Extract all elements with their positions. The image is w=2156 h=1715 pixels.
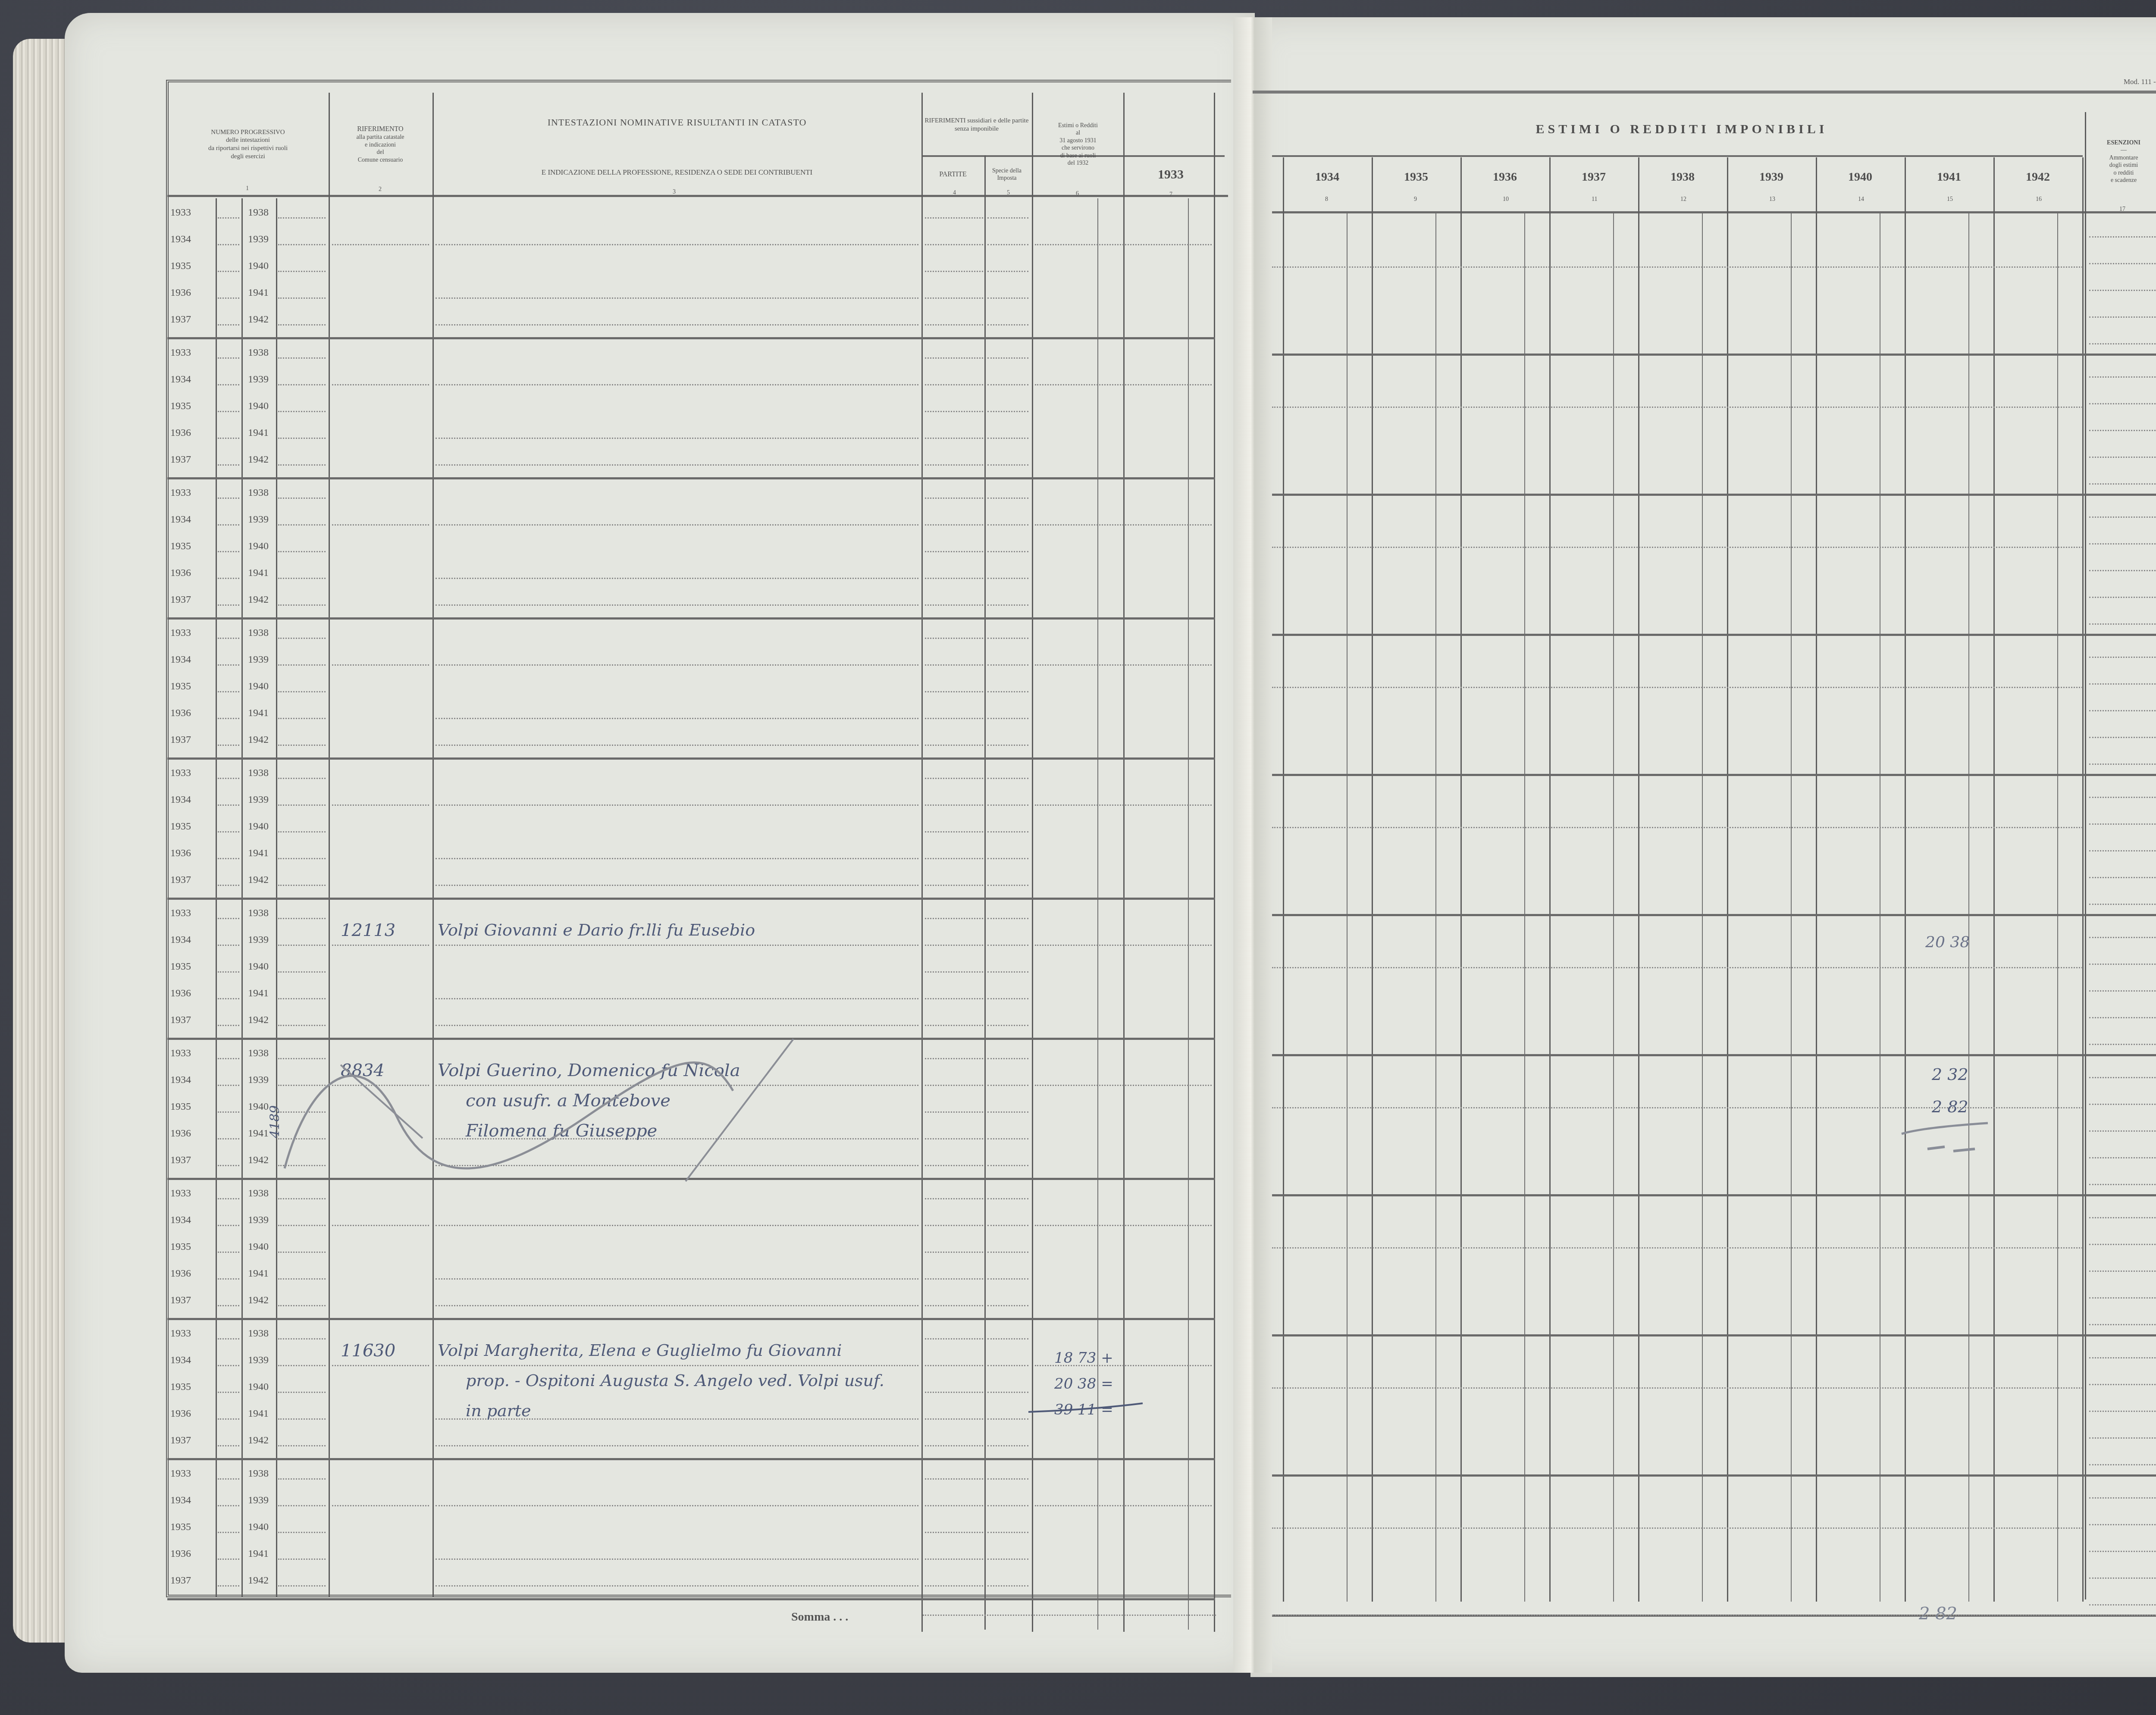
right-block-rule xyxy=(1272,1054,2156,1056)
year-left: 1936 xyxy=(170,1128,191,1139)
specie-fill-line xyxy=(987,1025,1028,1026)
partite-fill-line xyxy=(925,297,983,299)
esenzioni-fill-line xyxy=(2089,1157,2156,1158)
header-col-6-line-5: di base ai ruoli xyxy=(1060,152,1096,160)
year-fill-line xyxy=(278,831,326,832)
year-fill-line xyxy=(218,551,239,552)
partite-fill-line xyxy=(925,918,983,919)
intestazione-line xyxy=(436,438,918,439)
year-fill-line xyxy=(218,718,239,719)
partite-fill-line xyxy=(925,464,983,466)
year-column-num: 12 xyxy=(1680,196,1686,203)
year-fill-line xyxy=(278,971,326,973)
year-fill-line xyxy=(278,384,326,385)
year-fill-line xyxy=(278,1505,326,1506)
year-fill-line xyxy=(218,1305,239,1306)
right-block-rule xyxy=(1272,1194,2156,1196)
partite-fill-line xyxy=(925,1365,983,1366)
partite-fill-line xyxy=(925,1111,983,1113)
specie-fill-line xyxy=(987,524,1028,526)
riferimento-line xyxy=(332,244,429,245)
year-column-header: 1937 xyxy=(1549,164,1638,190)
year-left: 1934 xyxy=(170,794,191,806)
estimi-line xyxy=(1035,244,1212,245)
specie-fill-line xyxy=(987,324,1028,325)
col-divider-2 xyxy=(432,93,434,1597)
year-column-header: 1939 xyxy=(1727,164,1816,190)
year-fill-line xyxy=(218,498,239,499)
header-col-6: Estimi o Redditi al 31 agosto 1931 che s… xyxy=(1033,99,1123,190)
year-left: 1933 xyxy=(170,908,191,919)
esenzioni-fill-line xyxy=(2089,543,2156,545)
year-fill-line xyxy=(278,524,326,526)
year-left: 1937 xyxy=(170,594,191,606)
year-column-divider xyxy=(1283,157,1284,1602)
esenzioni-fill-line xyxy=(2089,570,2156,571)
partite-fill-line xyxy=(925,244,983,245)
specie-fill-line xyxy=(987,885,1028,886)
intestazione-line xyxy=(436,1445,918,1446)
specie-fill-line xyxy=(987,1198,1028,1199)
year-left: 1934 xyxy=(170,654,191,666)
header-riferimenti-group: RIFERIMENTI sussidiari e delle partite s… xyxy=(923,97,1031,153)
partite-fill-line xyxy=(925,971,983,973)
year-right: 1941 xyxy=(248,1128,269,1139)
partite-fill-line xyxy=(925,998,983,999)
year-left: 1934 xyxy=(170,1495,191,1506)
year-right: 1939 xyxy=(248,794,269,806)
partita-number: 12113 xyxy=(341,920,395,940)
block-rule xyxy=(167,337,1215,339)
specie-fill-line xyxy=(987,438,1028,439)
year-right: 1942 xyxy=(248,594,269,606)
partite-fill-line xyxy=(925,357,983,359)
year-right: 1938 xyxy=(248,1328,269,1339)
year-fill-line xyxy=(278,411,326,412)
year-fill-line xyxy=(218,831,239,832)
year-fill-line xyxy=(278,664,326,666)
year-right: 1942 xyxy=(248,454,269,466)
esenzioni-fill-line xyxy=(2089,483,2156,485)
year-fill-line xyxy=(278,1445,326,1446)
esenzioni-fill-line xyxy=(2089,1464,2156,1465)
year-fill-line xyxy=(218,1252,239,1253)
year-fill-line xyxy=(278,464,326,466)
esenzioni-fill-line xyxy=(2089,1271,2156,1272)
specie-fill-line xyxy=(987,1418,1028,1420)
specie-fill-line xyxy=(987,1058,1028,1059)
year-fill-line xyxy=(218,638,239,639)
header-col-2-line-4: del xyxy=(376,149,384,156)
block-rule xyxy=(167,1458,1215,1460)
partite-fill-line xyxy=(925,1392,983,1393)
specie-fill-line xyxy=(987,384,1028,385)
year-right: 1940 xyxy=(248,1381,269,1393)
header-col-3-num: 3 xyxy=(673,189,676,196)
col-divider-3 xyxy=(921,93,923,1632)
intestazione-line xyxy=(436,297,918,299)
year-right: 1940 xyxy=(248,681,269,692)
specie-fill-line xyxy=(987,1392,1028,1393)
esenzioni-fill-line xyxy=(2089,457,2156,458)
year-column-header: 1935 xyxy=(1372,164,1460,190)
somma-line-right xyxy=(1272,1615,2156,1616)
year-fill-line xyxy=(218,384,239,385)
esenzioni-fill-line xyxy=(2089,1217,2156,1218)
esenzioni-fill-line xyxy=(2089,1130,2156,1132)
header-col-6-line-6: del 1932 xyxy=(1068,160,1089,167)
year-column-subdivider xyxy=(1524,213,1525,1602)
year-left: 1933 xyxy=(170,1468,191,1480)
year-fill-line xyxy=(218,1058,239,1059)
partite-fill-line xyxy=(925,1559,983,1560)
year-column-num: 14 xyxy=(1858,196,1864,203)
intestazione-line xyxy=(436,1305,918,1306)
intestazione-line xyxy=(436,244,918,245)
year-left: 1937 xyxy=(170,1435,191,1446)
year-column-divider xyxy=(1549,157,1551,1602)
year-fill-line xyxy=(278,1418,326,1420)
year-right: 1939 xyxy=(248,234,269,245)
specie-fill-line xyxy=(987,1225,1028,1226)
pencil-total-stroke xyxy=(1897,1121,2027,1173)
year-left: 1935 xyxy=(170,681,191,692)
riferimento-line xyxy=(332,384,429,385)
header-col-2-line-5: Comune censuario xyxy=(358,156,403,164)
specie-fill-line xyxy=(987,1085,1028,1086)
partite-fill-line xyxy=(925,1445,983,1446)
year-left: 1935 xyxy=(170,821,191,832)
year-left: 1936 xyxy=(170,988,191,999)
esenzioni-fill-line xyxy=(2089,1044,2156,1045)
year-fill-line xyxy=(218,604,239,606)
estimi-line xyxy=(1035,945,1212,946)
esenzioni-fill-line xyxy=(2089,1104,2156,1105)
riferimento-line xyxy=(332,945,429,946)
year-fill-line xyxy=(218,1025,239,1026)
year-fill-line xyxy=(278,438,326,439)
book-gutter xyxy=(1233,17,1272,1673)
esenzioni-fill-line xyxy=(2089,657,2156,658)
header-col-5-num: 5 xyxy=(1007,190,1010,197)
year-column-subdivider xyxy=(1347,213,1347,1602)
year-right: 1940 xyxy=(248,961,269,973)
year-right: 1938 xyxy=(248,347,269,359)
right-header-rule xyxy=(1272,211,2156,213)
riferimento-line xyxy=(332,664,429,666)
somma-line-left xyxy=(923,1615,1216,1616)
year-fill-line xyxy=(218,1445,239,1446)
partite-fill-line xyxy=(925,858,983,859)
year-fill-line xyxy=(218,1198,239,1199)
year-fill-line xyxy=(278,945,326,946)
year-left: 1933 xyxy=(170,767,191,779)
right-fill-line xyxy=(1272,547,2083,548)
year-fill-line xyxy=(278,858,326,859)
partite-fill-line xyxy=(925,438,983,439)
esenzioni-fill-line xyxy=(2089,877,2156,878)
esenzioni-line-6: e scadenze xyxy=(2111,177,2137,185)
esenzioni-fill-line xyxy=(2089,623,2156,625)
esenzioni-fill-line xyxy=(2089,1577,2156,1579)
year-left: 1933 xyxy=(170,627,191,639)
somma-label: Somma . . . xyxy=(791,1610,848,1624)
year-right: 1938 xyxy=(248,627,269,639)
year-fill-line xyxy=(218,778,239,779)
specie-fill-line xyxy=(987,578,1028,579)
year-column-subdivider xyxy=(2057,213,2058,1602)
header-col-6-num: 6 xyxy=(1076,191,1079,197)
year-fill-line xyxy=(218,858,239,859)
right-block-rule xyxy=(1272,634,2156,636)
right-block-rule xyxy=(1272,914,2156,916)
left-header-rule xyxy=(167,195,1228,197)
intestazione-text: prop. - Ospitoni Augusta S. Angelo ved. … xyxy=(466,1371,884,1390)
estimi-line xyxy=(1035,384,1212,385)
intestazione-line xyxy=(436,998,918,999)
year-fill-line xyxy=(278,217,326,219)
entry-1941-block7-a: 2 32 xyxy=(1932,1065,1968,1084)
year-left: 1935 xyxy=(170,961,191,973)
year-left: 1937 xyxy=(170,1575,191,1587)
header-col-6-line-1: Estimi o Redditi xyxy=(1058,122,1098,130)
year-left: 1933 xyxy=(170,487,191,499)
riferimento-line xyxy=(332,524,429,526)
esenzioni-fill-line xyxy=(2089,823,2156,825)
year-right: 1939 xyxy=(248,1074,269,1086)
block-rule xyxy=(167,617,1215,620)
year-fill-line xyxy=(278,324,326,325)
esenzioni-fill-line xyxy=(2089,1184,2156,1185)
partite-fill-line xyxy=(925,1305,983,1306)
left-page-edges xyxy=(13,39,73,1643)
right-page-title: ESTIMI O REDDITI IMPONIBILI xyxy=(1294,116,2070,142)
col-divider-1 xyxy=(329,93,330,1597)
partite-fill-line xyxy=(925,1225,983,1226)
year-left: 1936 xyxy=(170,1408,191,1420)
year-fill-line xyxy=(218,1165,239,1166)
year-left: 1936 xyxy=(170,1548,191,1560)
estimi-line xyxy=(1035,804,1212,806)
year-left: 1935 xyxy=(170,260,191,272)
year-right: 1941 xyxy=(248,567,269,579)
partite-fill-line xyxy=(925,498,983,499)
specie-fill-line xyxy=(987,1138,1028,1139)
year-fill-line xyxy=(218,1478,239,1480)
intestazione-line xyxy=(436,1278,918,1280)
right-block-rule xyxy=(1272,774,2156,776)
specie-fill-line xyxy=(987,498,1028,499)
esenzioni-fill-line xyxy=(2089,1437,2156,1439)
ledger-book: NUMERO PROGRESSIVO delle intestazioni da… xyxy=(0,0,2156,1715)
year-fill-line xyxy=(218,1138,239,1139)
year-right: 1939 xyxy=(248,654,269,666)
esenzioni-line-2: — xyxy=(2121,147,2127,154)
partita-number: 11630 xyxy=(341,1341,395,1361)
year-right: 1938 xyxy=(248,487,269,499)
riferimento-line xyxy=(332,1225,429,1226)
right-top-rule xyxy=(1253,91,2156,94)
estimi-1932-value: 20 38 = xyxy=(1054,1375,1113,1393)
year-right: 1939 xyxy=(248,514,269,526)
header-col-2-line-3: e indicazioni xyxy=(365,141,396,149)
esenzioni-fill-line xyxy=(2089,290,2156,291)
year-right: 1940 xyxy=(248,1241,269,1253)
intestazione-line xyxy=(436,945,918,946)
strike-through-mark xyxy=(276,1039,837,1181)
header-col-5: Specie della Imposta xyxy=(985,157,1028,192)
header-col-6-line-2: al xyxy=(1076,129,1080,137)
year-left: 1935 xyxy=(170,1241,191,1253)
year-right: 1940 xyxy=(248,260,269,272)
header-col-1-line-3: da riportarsi nei rispettivi ruoli xyxy=(208,144,288,153)
header-col-2: RIFERIMENTO alla partita catastale e ind… xyxy=(329,103,432,185)
year-right: 1938 xyxy=(248,767,269,779)
specie-fill-line xyxy=(987,1445,1028,1446)
year-fill-line xyxy=(218,324,239,325)
year-fill-line xyxy=(218,217,239,219)
year-fill-line xyxy=(218,664,239,666)
specie-fill-line xyxy=(987,718,1028,719)
year-right: 1941 xyxy=(248,1548,269,1560)
right-fill-line xyxy=(1272,1527,2083,1529)
esenzioni-fill-line xyxy=(2089,1551,2156,1552)
intestazione-line xyxy=(436,858,918,859)
right-block-rule xyxy=(1272,1334,2156,1336)
year-fill-line xyxy=(278,498,326,499)
header-col-1-line-1: NUMERO PROGRESSIVO xyxy=(211,128,285,137)
specie-fill-line xyxy=(987,1111,1028,1113)
block-rule xyxy=(167,757,1215,760)
year-fill-line xyxy=(278,1585,326,1587)
intestazione-line xyxy=(436,1025,918,1026)
intestazione-text: in parte xyxy=(466,1401,531,1420)
year-left: 1933 xyxy=(170,1188,191,1199)
partite-fill-line xyxy=(925,778,983,779)
specie-fill-line xyxy=(987,1559,1028,1560)
right-fill-line xyxy=(1272,266,2083,268)
esenzioni-fill-line xyxy=(2089,683,2156,685)
esenzioni-line-4: dogli estimi xyxy=(2109,162,2138,169)
year-column-subdivider xyxy=(1613,213,1614,1602)
year-fill-line xyxy=(218,1111,239,1113)
year-fill-line xyxy=(218,1225,239,1226)
header-col-6-line-4: che servirono xyxy=(1062,144,1094,152)
year-fill-line xyxy=(218,945,239,946)
year-column-header: 1940 xyxy=(1816,164,1905,190)
header-col-4-num: 4 xyxy=(953,190,956,197)
specie-fill-line xyxy=(987,804,1028,806)
esenzioni-fill-line xyxy=(2089,964,2156,965)
year-fill-line xyxy=(218,438,239,439)
specie-fill-line xyxy=(987,1365,1028,1366)
year-fill-line xyxy=(278,918,326,919)
esenzioni-fill-line xyxy=(2089,797,2156,798)
year-fill-line xyxy=(278,1198,326,1199)
specie-fill-line xyxy=(987,664,1028,666)
year-fill-line xyxy=(218,1532,239,1533)
header-col-2-num: 2 xyxy=(379,186,382,193)
specie-fill-line xyxy=(987,1478,1028,1480)
specie-fill-line xyxy=(987,831,1028,832)
year-fill-line xyxy=(218,885,239,886)
year-fill-line xyxy=(278,1365,326,1366)
partite-fill-line xyxy=(925,885,983,886)
partite-fill-line xyxy=(925,831,983,832)
esenzioni-fill-line xyxy=(2089,1384,2156,1385)
year-fill-line xyxy=(278,244,326,245)
right-block-rule xyxy=(1272,1474,2156,1477)
esenzioni-fill-line xyxy=(2089,1017,2156,1018)
year-fill-line xyxy=(278,778,326,779)
year-fill-line xyxy=(218,998,239,999)
specie-fill-line xyxy=(987,1532,1028,1533)
esenzioni-fill-line xyxy=(2089,1524,2156,1525)
block-rule xyxy=(167,477,1215,479)
intestazione-line xyxy=(436,804,918,806)
esenzioni-num: 17 xyxy=(2119,206,2125,213)
right-fill-line xyxy=(1272,967,2083,968)
partite-fill-line xyxy=(925,664,983,666)
year-fill-line xyxy=(218,1085,239,1086)
esenzioni-fill-line xyxy=(2089,263,2156,264)
partite-fill-line xyxy=(925,691,983,692)
year-left: 1936 xyxy=(170,287,191,299)
year-fill-line xyxy=(218,1365,239,1366)
header-esenzioni: ESENZIONI — Ammontare dogli estimi o red… xyxy=(2087,112,2156,211)
partite-fill-line xyxy=(925,804,983,806)
year-right: 1941 xyxy=(248,1268,269,1280)
year-right: 1941 xyxy=(248,1408,269,1420)
partite-fill-line xyxy=(925,1338,983,1339)
year-right: 1940 xyxy=(248,821,269,832)
specie-fill-line xyxy=(987,1252,1028,1253)
specie-fill-line xyxy=(987,244,1028,245)
year-column-header: 1941 xyxy=(1905,164,1993,190)
esenzioni-fill-line xyxy=(2089,516,2156,518)
esenzioni-fill-line xyxy=(2089,850,2156,851)
col-divider-7a xyxy=(1188,198,1189,1630)
year-left: 1937 xyxy=(170,734,191,746)
year-right: 1940 xyxy=(248,1101,269,1113)
year-fill-line xyxy=(278,1225,326,1226)
esenzioni-fill-line xyxy=(2089,937,2156,938)
year-left: 1937 xyxy=(170,1295,191,1306)
intestazione-line xyxy=(436,1365,918,1366)
intestazione-text: Volpi Giovanni e Dario fr.lli fu Eusebio xyxy=(438,920,755,939)
partite-fill-line xyxy=(925,217,983,219)
year-left: 1934 xyxy=(170,514,191,526)
year-column-divider xyxy=(1638,157,1639,1602)
year-fill-line xyxy=(218,578,239,579)
year-left: 1937 xyxy=(170,874,191,886)
intestazione-text: Volpi Margherita, Elena e Guglielmo fu G… xyxy=(438,1341,842,1360)
year-column-header: 1942 xyxy=(1993,164,2082,190)
partite-fill-line xyxy=(925,745,983,746)
year-right: 1939 xyxy=(248,1495,269,1506)
year-right: 1938 xyxy=(248,908,269,919)
year-fill-line xyxy=(218,244,239,245)
year-right: 1940 xyxy=(248,541,269,552)
partite-fill-line xyxy=(925,1278,983,1280)
partite-fill-line xyxy=(925,1418,983,1420)
year-fill-line xyxy=(218,745,239,746)
entry-1941-block7-b: 2 82 xyxy=(1932,1097,1968,1116)
year-fill-line xyxy=(218,1392,239,1393)
year-right: 1938 xyxy=(248,1048,269,1059)
block-rule xyxy=(167,1598,1215,1600)
year-left: 1933 xyxy=(170,1328,191,1339)
